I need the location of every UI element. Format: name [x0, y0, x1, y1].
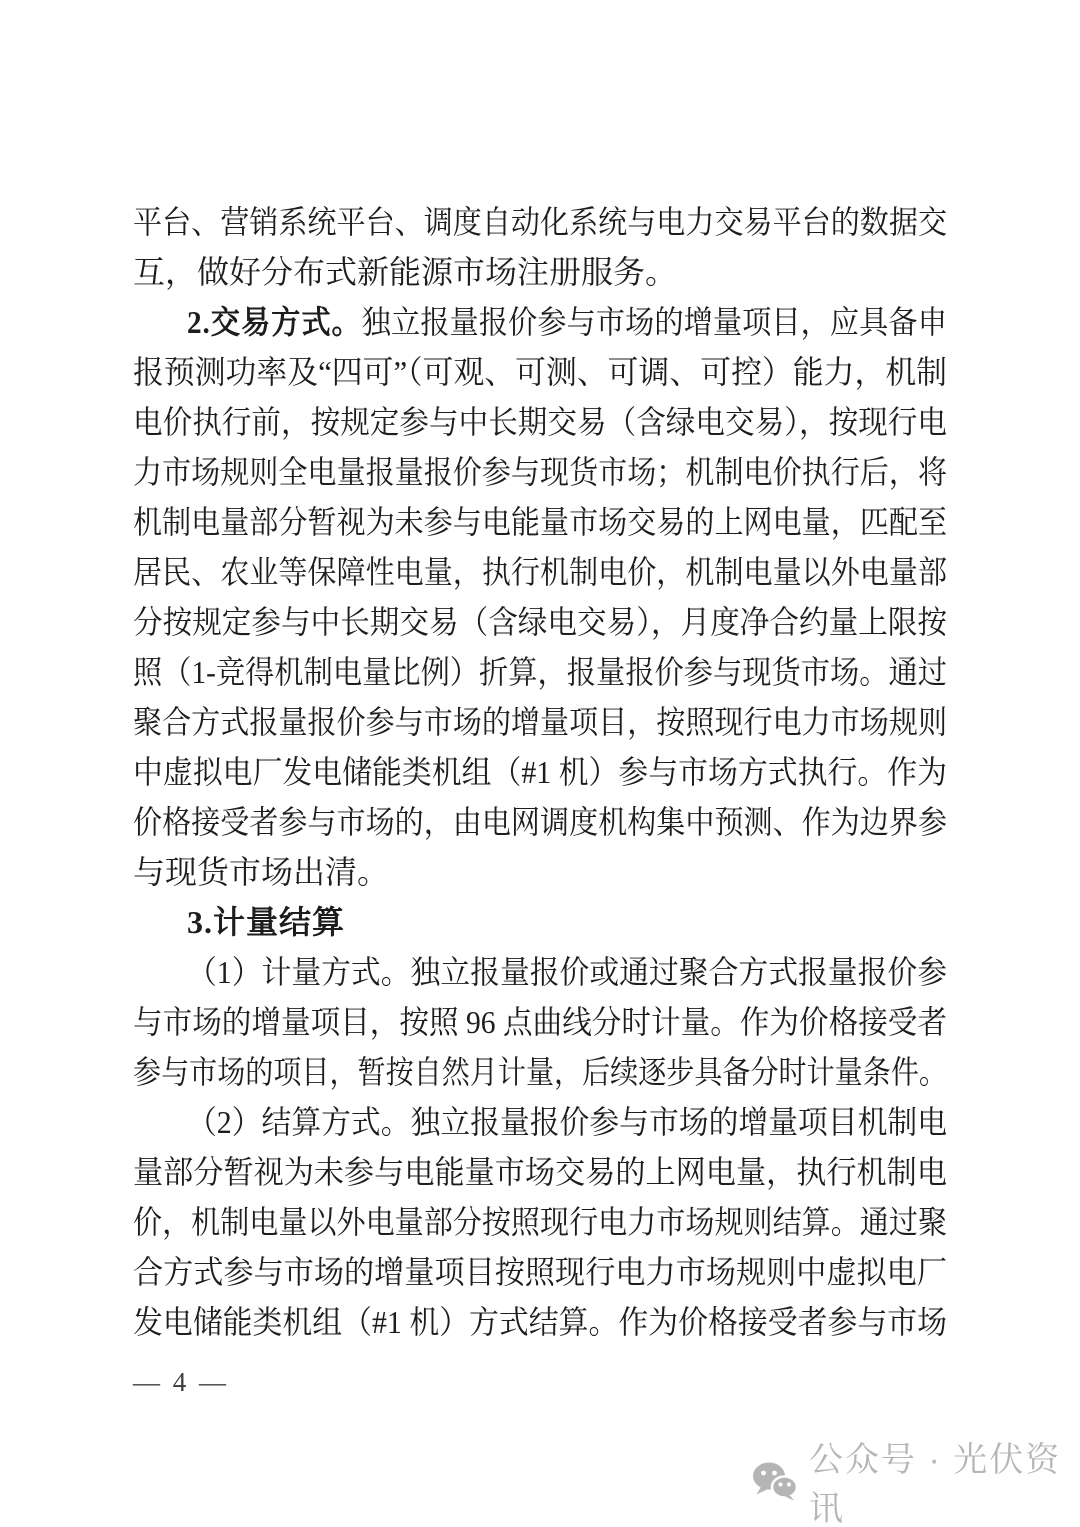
bold-heading-text: 2.交易方式。	[187, 304, 362, 340]
text-line: 与市场的增量项目，按照 96 点曲线分时计量。作为价格接受者	[133, 997, 947, 1047]
text-line: （2）结算方式。独立报量报价参与市场的增量项目机制电	[133, 1097, 947, 1147]
text-line: 分按规定参与中长期交易（含绿电交易），月度净合约量上限按	[133, 597, 947, 647]
text-line: 与现货市场出清。	[133, 847, 947, 897]
line-content: 居民、农业等保障性电量，执行机制电价，机制电量以外电量部	[133, 547, 947, 597]
text-line: 机制电量部分暂视为未参与电能量市场交易的上网电量，匹配至	[133, 497, 947, 547]
line-content: 发电储能类机组（#1 机）方式结算。作为价格接受者参与市场	[133, 1297, 947, 1347]
line-content: 平台、营销系统平台、调度自动化系统与电力交易平台的数据交	[133, 197, 947, 247]
text-line: 平台、营销系统平台、调度自动化系统与电力交易平台的数据交	[133, 197, 947, 247]
line-content: 电价执行前，按规定参与中长期交易（含绿电交易），按现行电	[133, 397, 947, 447]
line-content: 价，机制电量以外电量部分按照现行电力市场规则结算。通过聚	[133, 1197, 947, 1247]
line-content: 照（1-竞得机制电量比例）折算，报量报价参与现货市场。通过	[133, 647, 947, 697]
line-content: 量部分暂视为未参与电能量市场交易的上网电量，执行机制电	[133, 1147, 947, 1197]
text-line: 报预测功率及“四可”（可观、可测、可调、可控）能力，机制	[133, 347, 947, 397]
text-line: （1）计量方式。独立报量报价或通过聚合方式报量报价参	[133, 947, 947, 997]
heading-line: 3.计量结算	[133, 897, 947, 947]
text-line: 居民、农业等保障性电量，执行机制电价，机制电量以外电量部	[133, 547, 947, 597]
text-line: 价，机制电量以外电量部分按照现行电力市场规则结算。通过聚	[133, 1197, 947, 1247]
line-content: 聚合方式报量报价参与市场的增量项目，按照现行电力市场规则	[133, 697, 947, 747]
text-line: 量部分暂视为未参与电能量市场交易的上网电量，执行机制电	[133, 1147, 947, 1197]
heading-line: 2.交易方式。独立报量报价参与市场的增量项目，应具备申	[133, 297, 947, 347]
text-line: 互，做好分布式新能源市场注册服务。	[133, 247, 947, 297]
text-line: 照（1-竞得机制电量比例）折算，报量报价参与现货市场。通过	[133, 647, 947, 697]
page-number: — 4 —	[133, 1366, 229, 1398]
line-content: 参与市场的项目，暂按自然月计量，后续逐步具备分时计量条件。	[133, 1047, 947, 1097]
line-content: 中虚拟电厂发电储能类机组（#1 机）参与市场方式执行。作为	[133, 747, 947, 797]
text-line: 参与市场的项目，暂按自然月计量，后续逐步具备分时计量条件。	[133, 1047, 947, 1097]
text-line: 聚合方式报量报价参与市场的增量项目，按照现行电力市场规则	[133, 697, 947, 747]
text-line: 电价执行前，按规定参与中长期交易（含绿电交易），按现行电	[133, 397, 947, 447]
document-body: 平台、营销系统平台、调度自动化系统与电力交易平台的数据交互，做好分布式新能源市场…	[133, 197, 947, 1347]
text-line: 合方式参与市场的增量项目按照现行电力市场规则中虚拟电厂	[133, 1247, 947, 1297]
line-content: 合方式参与市场的增量项目按照现行电力市场规则中虚拟电厂	[133, 1247, 947, 1297]
line-content: 3.计量结算	[187, 897, 345, 947]
line-content: 与市场的增量项目，按照 96 点曲线分时计量。作为价格接受者	[133, 997, 947, 1047]
text-line: 中虚拟电厂发电储能类机组（#1 机）参与市场方式执行。作为	[133, 747, 947, 797]
watermark-label: 公众号 · 光伏资讯	[809, 1432, 1080, 1527]
bold-heading-text: 3.计量结算	[187, 904, 345, 940]
text-line: 发电储能类机组（#1 机）方式结算。作为价格接受者参与市场	[133, 1297, 947, 1347]
watermark: 公众号 · 光伏资讯	[752, 1458, 1080, 1504]
line-content: 2.交易方式。独立报量报价参与市场的增量项目，应具备申	[187, 297, 947, 347]
text-line: 力市场规则全电量报量报价参与现货市场；机制电价执行后，将	[133, 447, 947, 497]
line-content: 互，做好分布式新能源市场注册服务。	[133, 247, 677, 297]
line-content: （2）结算方式。独立报量报价参与市场的增量项目机制电	[187, 1097, 947, 1147]
line-content: （1）计量方式。独立报量报价或通过聚合方式报量报价参	[187, 947, 947, 997]
line-content: 报预测功率及“四可”（可观、可测、可调、可控）能力，机制	[133, 347, 947, 397]
line-content: 价格接受者参与市场的，由电网调度机构集中预测、作为边界参	[133, 797, 947, 847]
text-line: 价格接受者参与市场的，由电网调度机构集中预测、作为边界参	[133, 797, 947, 847]
line-content: 力市场规则全电量报量报价参与现货市场；机制电价执行后，将	[133, 447, 947, 497]
wechat-icon	[752, 1461, 798, 1501]
document-page: 平台、营销系统平台、调度自动化系统与电力交易平台的数据交互，做好分布式新能源市场…	[0, 0, 1080, 1527]
line-content: 与现货市场出清。	[133, 847, 389, 897]
line-content: 机制电量部分暂视为未参与电能量市场交易的上网电量，匹配至	[133, 497, 947, 547]
line-content: 分按规定参与中长期交易（含绿电交易），月度净合约量上限按	[133, 597, 947, 647]
